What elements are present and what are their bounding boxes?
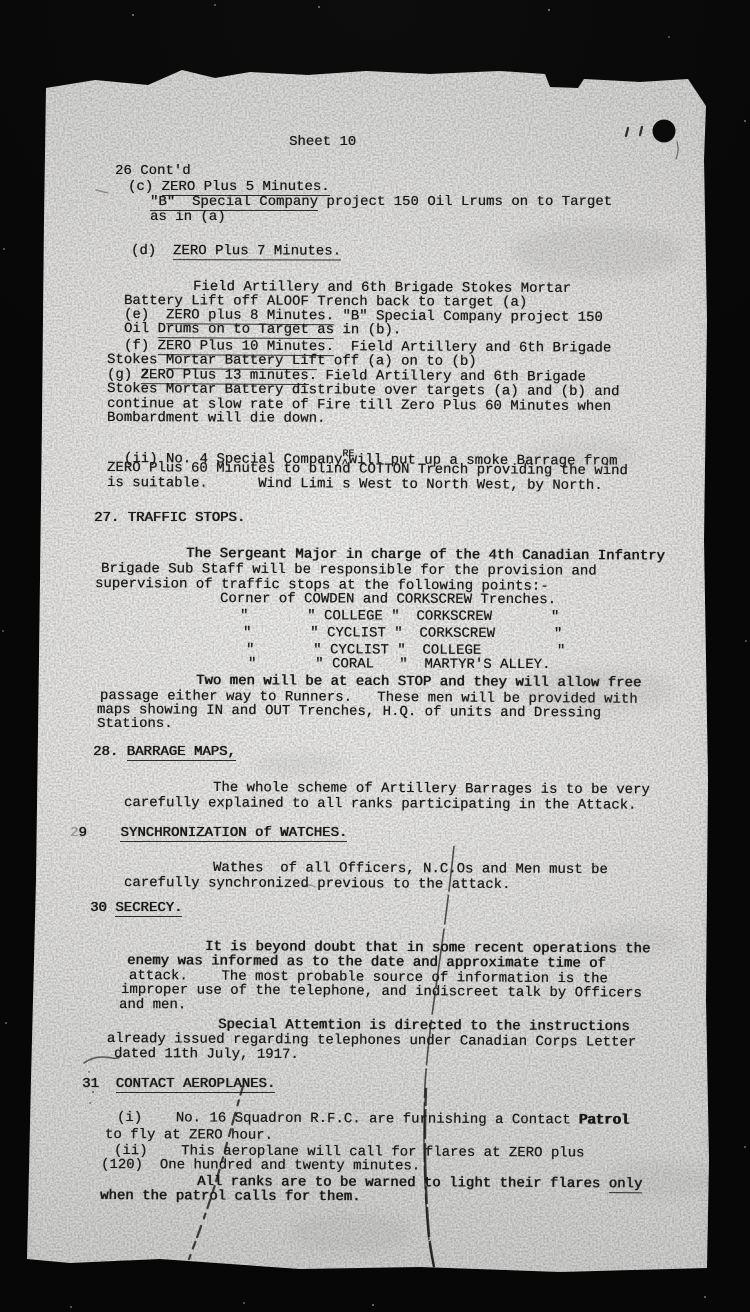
text-segment: Bombardment will die down. <box>107 411 325 426</box>
text-segment: (120) One hundred and twenty minutes. <box>101 1158 420 1173</box>
sheet-number-label: Sheet 10 <box>289 135 356 149</box>
text-line: (d) ZERO Plus 7 Minutes. <box>131 244 341 261</box>
text-line: Bombardment will die down. <box>107 411 325 426</box>
text-line: when the patrol calls for them. <box>100 1189 361 1204</box>
text-segment: 9 <box>78 826 120 840</box>
text-segment: dated 11th July, 1917. <box>114 1047 299 1062</box>
text-segment: (d) <box>131 244 173 258</box>
text-line: 31 CONTACT AEROPLANES. <box>82 1077 275 1093</box>
text-segment: " " COLLEGE " CORKSCREW " <box>240 609 559 624</box>
text-line: 26 Cont'd <box>115 164 191 178</box>
text-segment: (c) <box>128 180 162 194</box>
text-segment: (f) <box>124 339 158 353</box>
text-segment: carefully synchronized previous to the a… <box>124 876 511 892</box>
text-line: " " CYCLIST " CORKSCREW " <box>243 626 562 641</box>
text-segment: 26 Cont'd <box>115 164 191 178</box>
text-segment: when the patrol calls for them. <box>100 1189 361 1204</box>
text-line: 29 SYNCHRONIZATION of WATCHES. <box>70 826 347 842</box>
text-line: dated 11th July, 1917. <box>114 1047 299 1062</box>
text-segment: to fly at ZERO hour. <box>105 1128 273 1143</box>
text-segment: 30 <box>90 901 115 915</box>
text-line: as in (a) <box>150 210 226 224</box>
text-segment: carefully explained to all ranks partici… <box>124 796 637 813</box>
text-segment: 2 <box>70 826 78 840</box>
text-segment: as in (a) <box>150 210 226 224</box>
text-segment: Stations. <box>97 717 173 731</box>
text-line: improper use of the telephone, and indis… <box>121 983 642 1001</box>
text-segment: is suitable. Wind Limi s West to North W… <box>107 476 603 493</box>
text-line: Oil Drums on to Target as in (b). <box>124 322 401 339</box>
text-line: carefully synchronized previous to the a… <box>124 876 511 892</box>
text-segment: 31 <box>82 1077 116 1091</box>
underlined-text: Drums on to Target as <box>158 322 335 339</box>
text-segment: 28. <box>93 745 127 759</box>
text-segment: improper use of the telephone, and indis… <box>121 983 642 1001</box>
text-line: Stations. <box>97 717 173 731</box>
text-line: to fly at ZERO hour. <box>105 1128 273 1143</box>
text-segment: 27. TRAFFIC STOPS. <box>94 511 245 525</box>
text-segment: t off (a) on to (b) <box>317 354 477 369</box>
text-line: (120) One hundred and twenty minutes. <box>101 1158 420 1173</box>
underlined-text: ZERO Plus 7 Minutes. <box>173 244 341 260</box>
scanned-document-page: Sheet 10 26 Cont'd(c) ZERO Plus 5 Minute… <box>0 0 750 1312</box>
text-line: Corner of COWDEN and CORKSCREW Trenches. <box>220 592 556 607</box>
text-segment: Patrol <box>579 1113 629 1127</box>
dust-specks <box>0 0 2 2</box>
text-segment: in (b). <box>334 323 401 337</box>
text-line: Wathes of all Officers, N.C.Os and Men m… <box>213 861 608 877</box>
document-text-layer: Sheet 10 26 Cont'd(c) ZERO Plus 5 Minute… <box>0 0 750 1312</box>
underlined-text: SECRECY. <box>115 901 182 917</box>
document-paper: Sheet 10 26 Cont'd(c) ZERO Plus 5 Minute… <box>0 0 750 1312</box>
underlined-text: CONTACT AEROPLANES. <box>116 1077 276 1093</box>
text-line: is suitable. Wind Limi s West to North W… <box>107 476 603 493</box>
text-segment: (i) No. 16 Squadron R.F.C. are furnishin… <box>117 1111 579 1127</box>
text-line: 30 SECRECY. <box>90 901 182 917</box>
underlined-text: only <box>609 1177 643 1193</box>
text-line: " " COLLEGE " CORKSCREW " <box>240 609 559 624</box>
text-line: and men. <box>119 998 186 1012</box>
underlined-text: SYNCHRONIZATION of WATCHES. <box>120 826 347 842</box>
text-segment: Corner of COWDEN and CORKSCREW Trenches. <box>220 592 556 607</box>
text-line: (i) No. 16 Squadron R.F.C. are furnishin… <box>117 1111 630 1128</box>
text-segment: Two men will be at each STOP and they wi… <box>196 674 641 690</box>
text-segment: Oil <box>124 322 158 336</box>
text-line: Two men will be at each STOP and they wi… <box>196 674 641 690</box>
text-segment: project 150 Oil Lrums on to Target <box>318 195 612 209</box>
underlined-text: BARRAGE MAPS, <box>127 745 236 761</box>
text-segment: Stokes <box>107 353 166 367</box>
text-line: 27. TRAFFIC STOPS. <box>94 511 245 525</box>
text-line: 28. BARRAGE MAPS, <box>93 745 236 761</box>
text-segment: and men. <box>119 998 186 1012</box>
text-segment: " " CYCLIST " CORKSCREW " <box>243 626 562 641</box>
text-line: " " CORAL " MARTYR'S ALLEY. <box>248 657 551 672</box>
text-segment: Wathes of all Officers, N.C.Os and Men m… <box>213 861 608 877</box>
text-line: carefully explained to all ranks partici… <box>124 796 637 813</box>
text-segment: " " CORAL " MARTYR'S ALLEY. <box>248 657 551 672</box>
